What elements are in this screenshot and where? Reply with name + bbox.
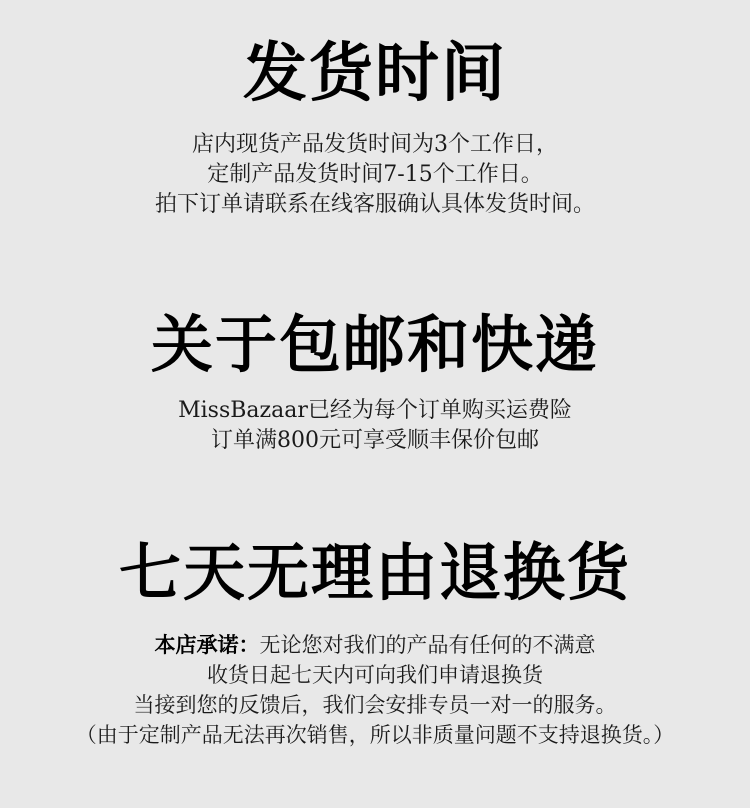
shipping-time-line-2: 定制产品发货时间7-15个工作日。	[0, 160, 750, 190]
free-shipping-section: 关于包邮和快递 MissBazaar已经为每个订单购买运费险 订单满800元可享…	[0, 314, 750, 456]
promise-text: 无论您对我们的产品有任何的不满意	[260, 633, 596, 657]
returns-title: 七天无理由退换货	[0, 542, 750, 612]
free-shipping-line-2: 订单满800元可享受顺丰保价包邮	[0, 426, 750, 456]
returns-line-1: 本店承诺：无论您对我们的产品有任何的不满意	[0, 630, 750, 660]
shipping-time-section: 发货时间 店内现货产品发货时间为3个工作日， 定制产品发货时间7-15个工作日。…	[0, 42, 750, 220]
returns-section: 七天无理由退换货 本店承诺：无论您对我们的产品有任何的不满意 收货日起七天内可向…	[0, 542, 750, 750]
returns-line-3: 当接到您的反馈后，我们会安排专员一对一的服务。	[0, 690, 750, 720]
promise-label: 本店承诺：	[155, 633, 260, 657]
shipping-time-line-3: 拍下订单请联系在线客服确认具体发货时间。	[0, 190, 750, 220]
returns-line-2: 收货日起七天内可向我们申请退换货	[0, 660, 750, 690]
shipping-time-line-1: 店内现货产品发货时间为3个工作日，	[0, 130, 750, 160]
free-shipping-title: 关于包邮和快递	[0, 314, 750, 384]
returns-line-4: （由于定制产品无法再次销售，所以非质量问题不支持退换货。）	[0, 720, 750, 750]
free-shipping-line-1: MissBazaar已经为每个订单购买运费险	[0, 396, 750, 426]
shipping-time-title: 发货时间	[0, 42, 750, 114]
